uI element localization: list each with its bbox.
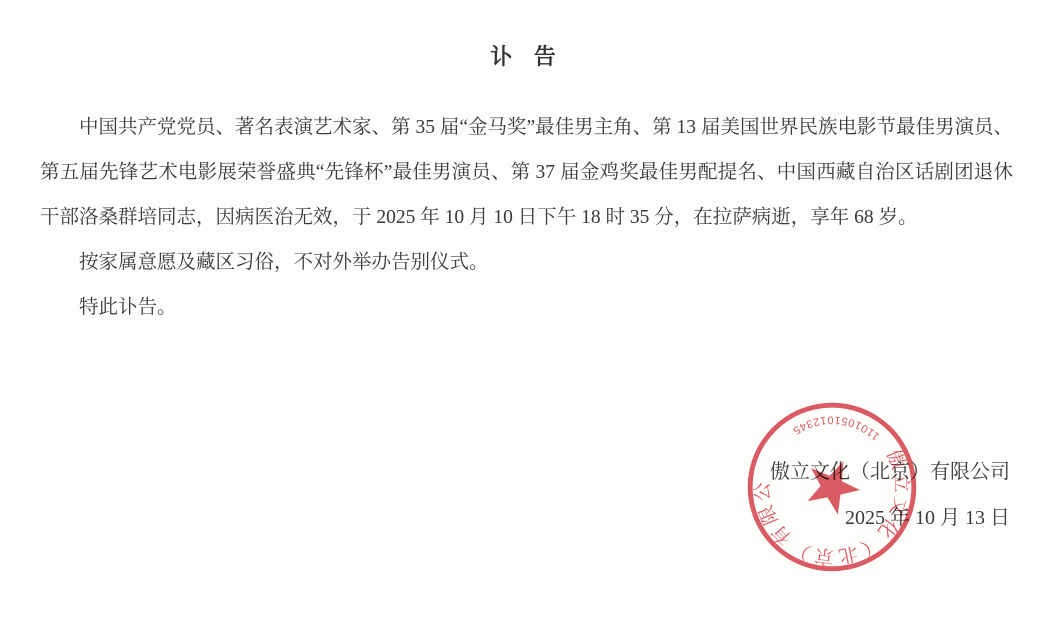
signature-company: 傲立文化（北京）有限公司 — [770, 449, 1010, 495]
signature-block: 傲立文化（北京）有限公司 2025 年 10 月 13 日 — [770, 449, 1010, 541]
notice-paragraph-closing: 特此讣告。 — [40, 285, 1013, 330]
signature-date: 2025 年 10 月 13 日 — [770, 495, 1010, 541]
notice-title: 讣 告 — [0, 40, 1054, 71]
obituary-document: 讣 告 中国共产党党员、著名表演艺术家、第 35 届“金马奖”最佳男主角、第 1… — [0, 0, 1054, 633]
notice-paragraph-ceremony: 按家属意愿及藏区习俗，不对外举办告别仪式。 — [40, 240, 1013, 285]
notice-body: 中国共产党党员、著名表演艺术家、第 35 届“金马奖”最佳男主角、第 13 届美… — [40, 105, 1013, 330]
notice-paragraph-main: 中国共产党党员、著名表演艺术家、第 35 届“金马奖”最佳男主角、第 13 届美… — [40, 105, 1013, 240]
